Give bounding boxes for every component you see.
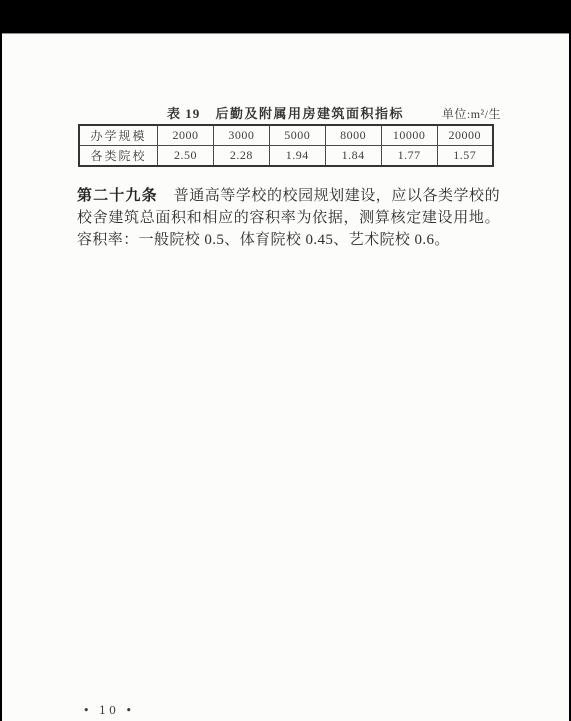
table-cell: 8000 xyxy=(325,125,381,146)
table-cell: 2.28 xyxy=(213,146,269,167)
building-area-table: 办学规模 2000 3000 5000 8000 10000 20000 各类院… xyxy=(78,124,494,167)
table-cell: 5000 xyxy=(269,125,325,146)
table-cell: 1.57 xyxy=(437,146,493,167)
table-cell: 1.94 xyxy=(269,146,325,167)
table-cell: 3000 xyxy=(213,125,269,146)
page-number: • 10 • xyxy=(83,704,135,717)
table-row-scale: 办学规模 2000 3000 5000 8000 10000 20000 xyxy=(79,125,493,146)
row-header-scale: 办学规模 xyxy=(79,125,158,146)
table-cell: 10000 xyxy=(381,125,437,146)
table-cell: 1.77 xyxy=(381,146,437,167)
table-unit-label: 单位:m²/生 xyxy=(442,105,501,122)
table-caption-label: 表 19 xyxy=(167,106,200,121)
table-cell: 2000 xyxy=(158,125,214,146)
table-cell: 2.50 xyxy=(158,146,214,167)
table-caption: 表 19 后勤及附属用房建筑面积指标 单位:m²/生 xyxy=(78,103,493,121)
table-cell: 1.84 xyxy=(325,146,381,167)
table-cell: 20000 xyxy=(437,125,493,146)
scan-black-bar xyxy=(0,0,571,33)
table-caption-title: 后勤及附属用房建筑面积指标 xyxy=(216,106,405,121)
document-page: 表 19 后勤及附属用房建筑面积指标 单位:m²/生 办学规模 2000 300… xyxy=(2,33,569,721)
article-paragraph: 第二十九条普通高等学校的校园规划建设，应以各类学校的校舍建筑总面积和相应的容积率… xyxy=(77,185,500,251)
table-row-institutions: 各类院校 2.50 2.28 1.94 1.84 1.77 1.57 xyxy=(79,146,493,167)
article-number: 第二十九条 xyxy=(77,188,158,204)
row-header-institutions: 各类院校 xyxy=(79,146,158,167)
